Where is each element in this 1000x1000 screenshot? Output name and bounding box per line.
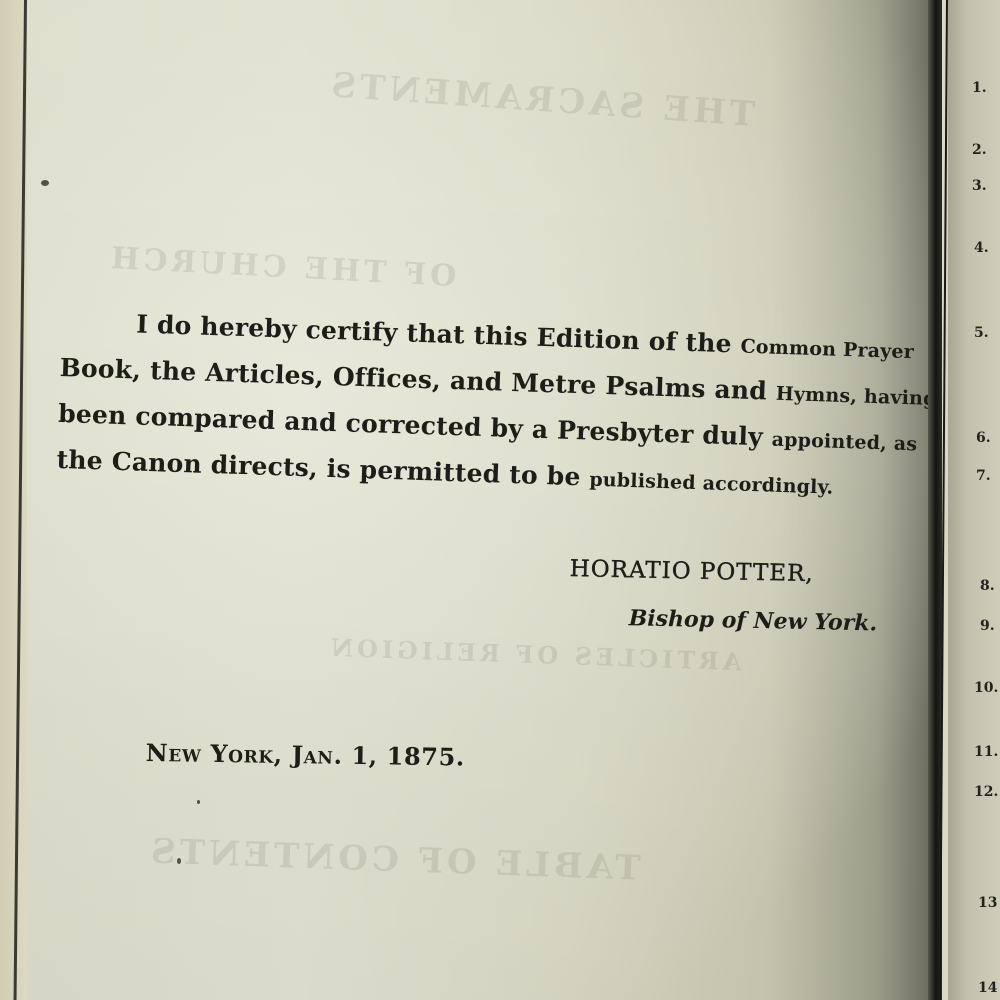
list-number: 7. [976,468,991,484]
signature-block: HORATIO POTTER, Bishop of New York. [568,556,878,636]
list-number: 2. [972,142,987,158]
list-number: 11. [974,744,998,760]
line-text-small: appointed, as [771,429,917,456]
list-number: 6. [976,430,991,446]
list-number: 9. [980,618,995,634]
line-text-small: published accordingly. [589,469,834,499]
line-text-small: Common Prayer [740,336,914,364]
list-number: 10. [974,680,998,696]
paper-speck [197,800,200,804]
signatory-title: Bishop of New York. [628,605,877,636]
certificate-paragraph: I do hereby certify that this Edition of… [56,300,932,513]
list-number: 8. [980,578,995,594]
list-number: 13 [978,895,997,911]
show-through-text: TABLE OF CONTENTS [146,831,641,888]
show-through-text: ARTICLES OF RELIGION [327,633,742,676]
facing-page: 1. 2. 3. 4. 5. 6. 7. 8. 9. 10. 11. 12. 1… [948,0,1000,1000]
list-number: 12. [974,784,998,800]
dateline: New York, Jan. 1, 1875. [146,738,465,771]
signatory-name: HORATIO POTTER, [569,556,878,588]
list-number: 4. [974,240,989,256]
list-number: 14 [978,980,997,996]
line-text-small: Hymns, having [775,383,937,410]
list-number: 5. [974,325,989,341]
paper-speck [41,180,49,186]
show-through-text: THE SACRAMENTS [326,65,756,135]
paper-speck [177,858,181,864]
list-number: 1. [972,80,987,96]
show-through-text: OF THE CHURCH [106,241,457,294]
book-photo: THE SACRAMENTS OF THE CHURCH ARTICLES OF… [0,0,1000,1000]
list-number: 3. [972,178,987,194]
